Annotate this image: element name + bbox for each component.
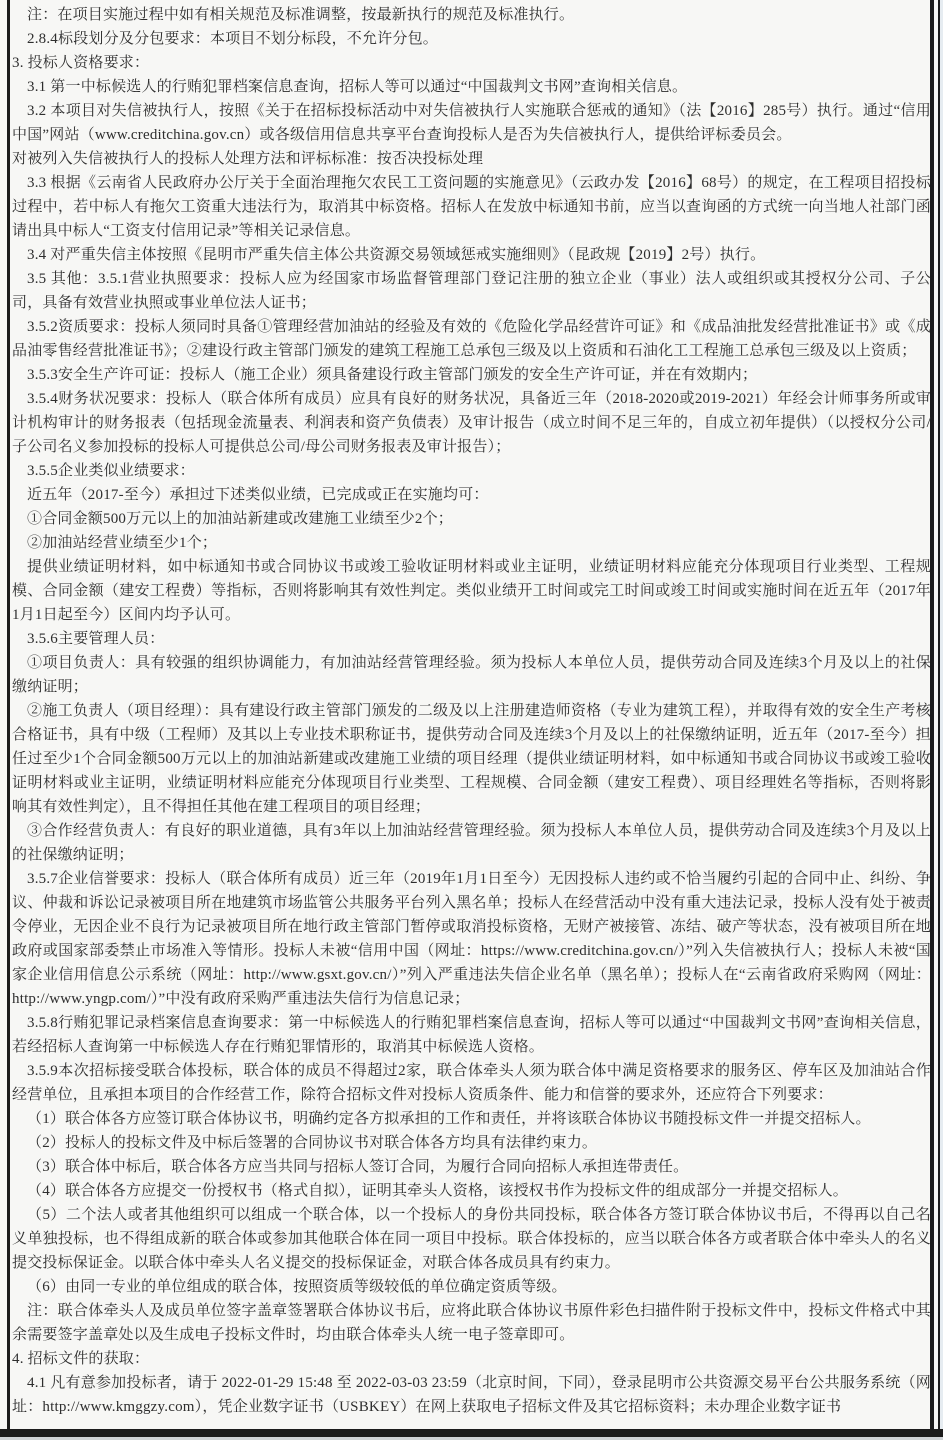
paragraph: 提供业绩证明材料，如中标通知书或合同协议书或竣工验收证明材料或业主证明，业绩证明… [12,555,931,627]
paragraph: 3.5.4财务状况要求：投标人（联合体所有成员）应具有良好的财务状况，具备近三年… [12,387,931,459]
paragraph: 3.5.6主要管理人员： [12,627,931,651]
paragraph: 3.5.3安全生产许可证：投标人（施工企业）须具备建设行政主管部门颁发的安全生产… [12,363,931,387]
paragraph: ③合作经营负责人：有良好的职业道德，具有3年以上加油站经营管理经验。须为投标人本… [12,819,931,867]
paragraph: 3. 投标人资格要求： [12,51,931,75]
paragraph: （1）联合体各方应签订联合体协议书，明确约定各方拟承担的工作和责任，并将该联合体… [12,1107,931,1131]
paragraph: 4.1 凡有意参加投标者，请于 2022-01-29 15:48 至 2022-… [12,1371,931,1419]
paragraph: 3.5 其他：3.5.1营业执照要求：投标人应为经国家市场监督管理部门登记注册的… [12,267,931,315]
page-border-bottom [0,1429,943,1437]
paragraph: 3.2 本项目对失信被执行人，按照《关于在招标投标活动中对失信被执行人实施联合惩… [12,99,931,147]
paragraph: 3.5.7企业信誉要求：投标人（联合体所有成员）近三年（2019年1月1日至今）… [12,867,931,1011]
paragraph: ①项目负责人：具有较强的组织协调能力，有加油站经营管理经验。须为投标人本单位人员… [12,651,931,699]
paragraph: 3.4 对严重失信主体按照《昆明市严重失信主体公共资源交易领域惩戒实施细则》（昆… [12,243,931,267]
paragraph: 3.5.5企业类似业绩要求： [12,459,931,483]
paragraph: 2.8.4标段划分及分包要求：本项目不划分标段，不允许分包。 [12,27,931,51]
paragraph: 近五年（2017-至今）承担过下述类似业绩，已完成或正在实施均可： [12,483,931,507]
paragraph: （4）联合体各方应提交一份授权书（格式自拟），证明其牵头人资格，该授权书作为投标… [12,1179,931,1203]
paragraph: ②施工负责人（项目经理）：具有建设行政主管部门颁发的二级及以上注册建造师资格（专… [12,699,931,819]
page-border-left [7,0,10,1440]
paragraph: （6）由同一专业的单位组成的联合体，按照资质等级较低的单位确定资质等级。 [12,1275,931,1299]
scanned-document-page: 注：在项目实施过程中如有相关规范及标准调整，按最新执行的规范及标准执行。2.8.… [0,0,943,1440]
paragraph: ②加油站经营业绩至少1个； [12,531,931,555]
paragraph: 3.5.2资质要求：投标人须同时具备①管理经营加油站的经验及有效的《危险化学品经… [12,315,931,363]
paragraph: （2）投标人的投标文件及中标后签署的合同协议书对联合体各方均具有法律约束力。 [12,1131,931,1155]
paragraph: 对被列入失信被执行人的投标人处理方法和评标标准：按否决投标处理 [12,147,931,171]
paragraph: 注：在项目实施过程中如有相关规范及标准调整，按最新执行的规范及标准执行。 [12,3,931,27]
paragraph: （5）二个法人或者其他组织可以组成一个联合体，以一个投标人的身份共同投标，联合体… [12,1203,931,1275]
paragraph: 注：联合体牵头人及成员单位签字盖章签署联合体协议书后，应将此联合体协议书原件彩色… [12,1299,931,1347]
paragraph: 3.5.9本次招标接受联合体投标，联合体的成员不得超过2家，联合体牵头人须为联合… [12,1059,931,1107]
paragraph: （3）联合体中标后，联合体各方应当共同与招标人签订合同，为履行合同向招标人承担连… [12,1155,931,1179]
paragraph: ①合同金额500万元以上的加油站新建或改建施工业绩至少2个； [12,507,931,531]
document-content: 注：在项目实施过程中如有相关规范及标准调整，按最新执行的规范及标准执行。2.8.… [12,3,931,1419]
paragraph: 3.1 第一中标候选人的行贿犯罪档案信息查询，招标人等可以通过“中国裁判文书网”… [12,75,931,99]
paragraph: 3.3 根据《云南省人民政府办公厅关于全面治理拖欠农民工工资问题的实施意见》（云… [12,171,931,243]
paragraph: 3.5.8行贿犯罪记录档案信息查询要求：第一中标候选人的行贿犯罪档案信息查询，招… [12,1011,931,1059]
paragraph: 4. 招标文件的获取： [12,1347,931,1371]
